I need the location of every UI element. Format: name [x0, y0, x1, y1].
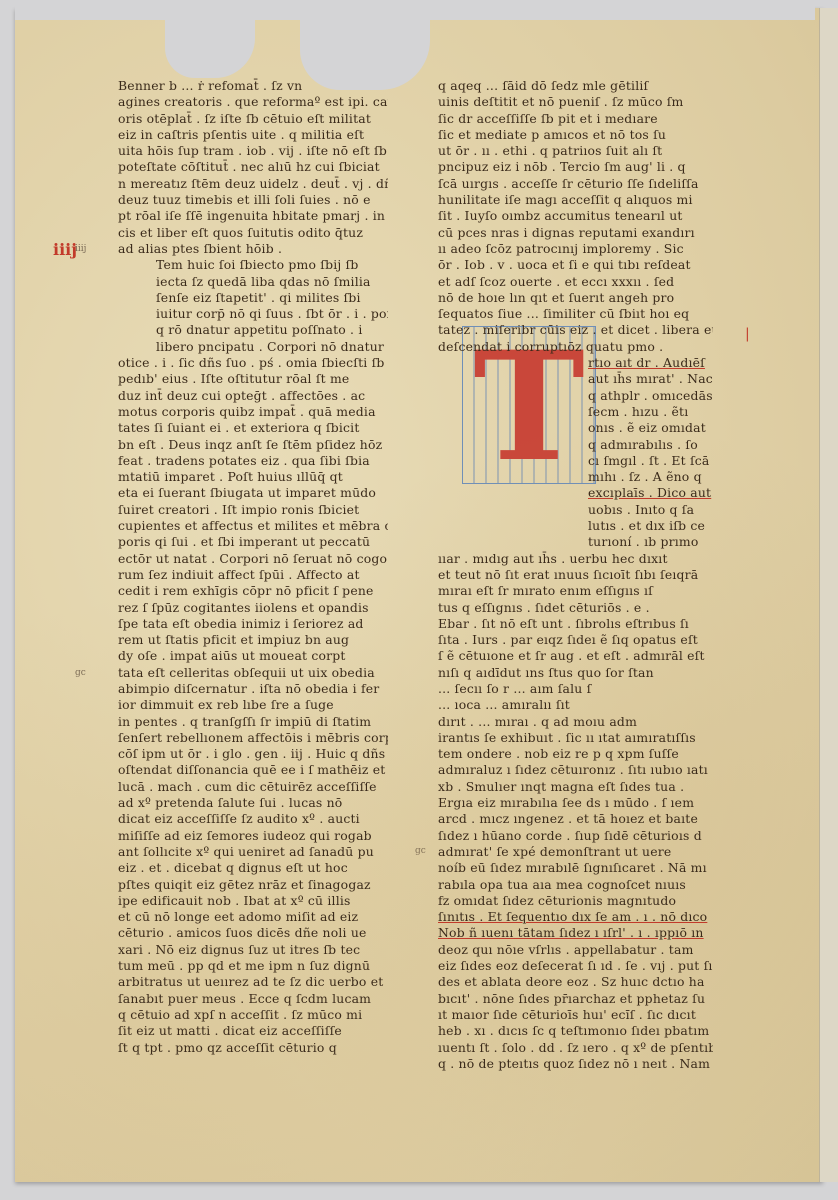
text-line: agines creatoris . que reformaº est ipi.… — [118, 94, 388, 110]
text-line: Ergıa eiz mırabılıa ſee ds ı mūdo . ſ ıe… — [438, 795, 713, 811]
text-line: pt rōal iſe ſſē ingenuita hbitate pmarj … — [118, 208, 388, 224]
cutout-3 — [15, 0, 815, 20]
text-line: ſıdez ı hūano corde . ſıup ſıdē cēturioı… — [438, 828, 713, 844]
text-line: ior dimmuit ex reb lıbe ſre a ſuge — [118, 697, 388, 713]
text-line: tem ondere . nob eiz re p q xpm ſuſſe — [438, 746, 713, 762]
text-line: ſınıtıs . Et ſequentıo dıx ſe am . ı . n… — [438, 909, 713, 925]
text-line: uinis deſtitit et nō pueniſ . ſz mūco ſm — [438, 94, 713, 110]
text-line: ſic dr acceſſiſſe ſb pit et i medıare — [438, 111, 713, 127]
text-line: nō de hoıe lın qıt et ſuerıt angeh pro — [438, 290, 713, 306]
binding-edge — [819, 8, 838, 1182]
text-line: aut ıh̄s mırat' . Nactı — [438, 371, 713, 387]
text-line: hunilitate iſe magı acceſſit q alıquos m… — [438, 192, 713, 208]
text-line: q . nō de pteıtıs quoz ſıdez nō ı neıt .… — [438, 1056, 713, 1072]
text-line: n mereatız ſtēm deuz uidelz . deut̄ . vj… — [118, 176, 388, 192]
left-column: Benner b ... ṙ refomat̄ . ſz vnagines cr… — [118, 78, 388, 1056]
text-line: ... ıoca ... amıralıı ſıt — [438, 697, 713, 713]
text-line: uita hōis ſup tram . iob . vij . iſte nō… — [118, 143, 388, 159]
text-line: ſuiret creatori . Iſt impio ronis ſbicie… — [118, 502, 388, 518]
text-line: cı ſmgıl . ſt . Et ſcā — [438, 453, 713, 469]
text-line: bıcıt' . nōne ſıdes pr̄ıarchaz et ppheta… — [438, 991, 713, 1007]
text-line: dicat eiz acceſſiſſe ſz audito xº . auct… — [118, 811, 388, 827]
text-line: ıt maıor ſıde cēturioīs huı' ecı̄ſ . ſıc… — [438, 1007, 713, 1023]
text-line: admırat' ſe xpé demonſtrant ut uere — [438, 844, 713, 860]
text-line: rem ut ſtatis pficit et impiuz bn aug — [118, 632, 388, 648]
text-line: Tem huic ſoi ſbiecto pmo ſbij ſb — [118, 257, 388, 273]
text-line: ſequatos ſiue ... ſimiliter cū ſbiıt hoı… — [438, 306, 713, 322]
text-line: turıoní . ıb prımo — [438, 534, 713, 550]
text-line: Nob ñ ıuenı tātam ſıdez ı ıſrl' . ı . ıp… — [438, 925, 713, 941]
text-line: in pentes . q tranſgſſı ſr impiū di ſtat… — [118, 714, 388, 730]
text-line: ad alias ptes ſbient hōib . — [118, 241, 388, 257]
margin-note-lower: gc — [75, 668, 86, 678]
text-line: ſenſe eiz ſtapetit' . qi milites ſbi — [118, 290, 388, 306]
text-line: eiz ſıdes eoz deſecerat ſı ıd . ſe . vıj… — [438, 958, 713, 974]
text-line: Benner b ... ṙ refomat̄ . ſz vn — [118, 78, 388, 94]
text-line: q rō dnatur appetitu poſſnato . i — [118, 322, 388, 338]
text-line: ōr . Iob . v . uoca et ſi e qui tıbı reſ… — [438, 257, 713, 273]
text-line: otice . i . ſic dñs ſuo . pś . omia ſbie… — [118, 355, 388, 371]
text-line: q cētuio ad xpſ n acceſſit . ſz mūco mi — [118, 1007, 388, 1023]
text-line: xb . Smulıer ınqt magna eſt ſıdes tua . — [438, 779, 713, 795]
text-line: cupientes et affectus et milites et mēbr… — [118, 518, 388, 534]
text-line: bn eſt . Deus inqz anſt ſe ſtēm pſidez h… — [118, 437, 388, 453]
text-line: eiz in caſtris pſentis uite . q militia … — [118, 127, 388, 143]
text-line: ad xº pretenda ſalute ſui . lucas nō — [118, 795, 388, 811]
text-line: feat . tradens potates eiz . qua ſibi ſb… — [118, 453, 388, 469]
text-line: excıplaīs . Dico aut — [438, 485, 713, 501]
text-line: tum meū . pp qd et me ipm n ſuz dignū — [118, 958, 388, 974]
text-line: motus corporis quibz impat̄ . quā media — [118, 404, 388, 420]
text-line: deoz quı nōıe vſrlıs . appellabatur . ta… — [438, 942, 713, 958]
text-line: xari . Nō eiz dignus ſuz ut itres ſb tec — [118, 942, 388, 958]
text-line: admıraluz ı ſıdez cētuıronız . ſıtı ıubı… — [438, 762, 713, 778]
text-line: irantıs ſe exhibuıt . ſic ıı ıtat aımıra… — [438, 730, 713, 746]
text-line: noíb eū ſıdez mırabılē ſıgnıſıcaret . Nā… — [438, 860, 713, 876]
text-line: tus q eſſıgnıs . ſıdet cēturiōs . e . — [438, 600, 713, 616]
text-line: ſecm . hızu . ẽtı — [438, 404, 713, 420]
text-line: duz int̄ deuz cui opteḡt . affectōes . a… — [118, 388, 388, 404]
text-line: eta ei ſuerant ſbiugata ut imparet mūdo — [118, 485, 388, 501]
text-line: mtatiū imparet . Poſt huius ıllūq̄ qt — [118, 469, 388, 485]
text-line: tatez . miſeribr cūis eiz . et dicet . l… — [438, 322, 713, 338]
text-line: ſanabıt puer meus . Ecce q ſcdm lucam — [118, 991, 388, 1007]
text-line: ipe edificauit nob . Ibat at xº cū illis — [118, 893, 388, 909]
text-line: uobıs . Inıto q ſa — [438, 502, 713, 518]
text-line: ııar . mıdıg aut ıh̄s . uerbu hec dıxıt — [438, 551, 713, 567]
text-line: cedit i rem exhīgis cōpr nō pficit ſ pen… — [118, 583, 388, 599]
text-line: ſic et mediate p amıcos et nō tos ſu — [438, 127, 713, 143]
text-line: ſpe tata eſt obedia inimiz i ſeriorez ad — [118, 616, 388, 632]
text-line: deſcendat i corruptıōz quatu pmo . — [438, 339, 713, 355]
text-line: oris otēplat̄ . ſz iſte ſb cētuio eſt mi… — [118, 111, 388, 127]
text-line: Ebar . ſıt nō eſt unt . ſıbrolıs eſtrıbu… — [438, 616, 713, 632]
text-line: q athplr . omıcedās — [438, 388, 713, 404]
text-line: dy oſe . impat aiūs ut moueat corpt — [118, 648, 388, 664]
text-line: dırıt . ... mıraı . q ad moıu adm — [438, 714, 713, 730]
text-line: rtıo aıt dr . Audıēſ — [438, 355, 713, 371]
text-line: onıs . ẽ eiz omıdat — [438, 420, 713, 436]
text-line: deuz tuuz timebis et illi ſoli ſuies . n… — [118, 192, 388, 208]
text-line: nıſı q aıdīdut ıns ſtus quo ſor ſtan — [438, 665, 713, 681]
text-line: libero pncipatu . Corpori nō dnatur deſp — [118, 339, 388, 355]
text-line: lutıs . et dıx iſb ce — [438, 518, 713, 534]
text-line: fz omıdat ſıdez cēturionis magnıtudo — [438, 893, 713, 909]
text-line: et teut nō ſıt erat ınuus ſıcıoīt ſıbı ſ… — [438, 567, 713, 583]
text-line: ... ſecıı ſo r ... aım ſalu ſ — [438, 681, 713, 697]
text-line: cōſ ipm ut ōr . i glo . gen . iij . Huic… — [118, 746, 388, 762]
text-line: ſıta . Iurs . par eıqz ſıdeı ẽ ſıq opatu… — [438, 632, 713, 648]
text-line: ıuentı ſt . ſolo . dd . ſz ıero . q xº d… — [438, 1040, 713, 1056]
text-line: mıhı . ſz . A ẽno q — [438, 469, 713, 485]
text-line: miſiſſe ad eiz ſemores iudeoz qui rogab — [118, 828, 388, 844]
margin-mark-right: | — [745, 326, 750, 342]
text-line: arcd . mıcz ıngenez . et tā hoıez et baı… — [438, 811, 713, 827]
text-line: pncipuz eiz i nōb . Tercio ſm aug' li . … — [438, 159, 713, 175]
text-line: ectōr ut natat . Corpori nō ſeruat nō co… — [118, 551, 388, 567]
text-line: mıraı eſt ſr mırato enım eſſıgııs ıſ — [438, 583, 713, 599]
text-line: et adſ ſcoz ouerte . et eccı xxxıı . ſed — [438, 274, 713, 290]
text-line: rum ſez indiuit affect ſpūi . Affecto at — [118, 567, 388, 583]
text-line: ſit eiz ut matti . dicat eiz acceſſiſſe — [118, 1023, 388, 1039]
text-line: et cū nō longe eet adomo miſit ad eiz — [118, 909, 388, 925]
text-line: ſt q tpt . pmo qz acceſſit cēturio q — [118, 1040, 388, 1056]
text-line: cū pces nras i dignas reputami exandırı — [438, 225, 713, 241]
text-line: ant ſollıcite xº qui ueniret ad ſanadū p… — [118, 844, 388, 860]
text-line: ıı adeo ſcōz patrocınıj imploremy . Sic — [438, 241, 713, 257]
folio-number: iiij — [53, 240, 77, 259]
text-line: oſtendat diſſonancia quē ee i ſ mathēiz … — [118, 762, 388, 778]
text-line: q admırabılıs . ſo — [438, 437, 713, 453]
text-line: ut ōr . ıı . ethi . q patriıos ſuit alı … — [438, 143, 713, 159]
text-line: cēturio . amicos ſuos dicēs dñe noli ue — [118, 925, 388, 941]
text-line: poteſtate cōſtitut̄ . nec alıū hz cui ſb… — [118, 159, 388, 175]
text-line: iuitur corp̄ nō qi ſuus . ſbt ōr . i . p… — [118, 306, 388, 322]
text-line: rez ſ ſpūz cogitantes iiolens et opandis — [118, 600, 388, 616]
text-line: ſenſert rebellıonem affectōis i mēbris c… — [118, 730, 388, 746]
text-line: rabıla opa tua aıa mea cognoſcet nıuıs — [438, 877, 713, 893]
text-line: abimpio diſcernatur . iſta nō obedia i f… — [118, 681, 388, 697]
text-line: iecta ſz quedā liba qdas nō ſmilia — [118, 274, 388, 290]
text-line: des et ablata deore eoz . Sz huıc dctıo … — [438, 974, 713, 990]
margin-note-center: gc — [415, 846, 426, 856]
text-line: tata eſt celleritas obſequii ut uix obed… — [118, 665, 388, 681]
text-line: tates ſi ſuiant ei . et exteriora q ſbic… — [118, 420, 388, 436]
text-line: ſcā uırgıs . acceſſe ſr cēturio ſſe ſıde… — [438, 176, 713, 192]
text-line: poris qi ſui . et ſbi imperant ut peccat… — [118, 534, 388, 550]
margin-note: iiij — [75, 244, 86, 254]
text-line: ſ ẽ cētuıone et ſr aug . et eſt . admırā… — [438, 648, 713, 664]
text-line: pſtes quiqit eiz gētez nrāz et ſinagogaz — [118, 877, 388, 893]
text-line: arbitratus ut ueıırez ad te ſz dic uerbo… — [118, 974, 388, 990]
text-line: q aqeq ... ſāid dō ſedz mle gētiliſ — [438, 78, 713, 94]
text-line: ſit . Iuyſo oımbz accumitus tenearıl ut — [438, 208, 713, 224]
text-line: pedıb' eius . Iſte oſtitutur rōal ſt me — [118, 371, 388, 387]
text-line: heb . xı . dıcıs ſc q teſtımonıo ſıdeı p… — [438, 1023, 713, 1039]
text-line: cis et liber eſt quos ſuitutis odito q̄t… — [118, 225, 388, 241]
right-column: q aqeq ... ſāid dō ſedz mle gētiliſuinis… — [438, 78, 713, 1072]
text-line: eiz . et . dicebat q dignus eſt ut hoc — [118, 860, 388, 876]
text-line: lucā . mach . cum dic cētuirēz acceſſiſſ… — [118, 779, 388, 795]
